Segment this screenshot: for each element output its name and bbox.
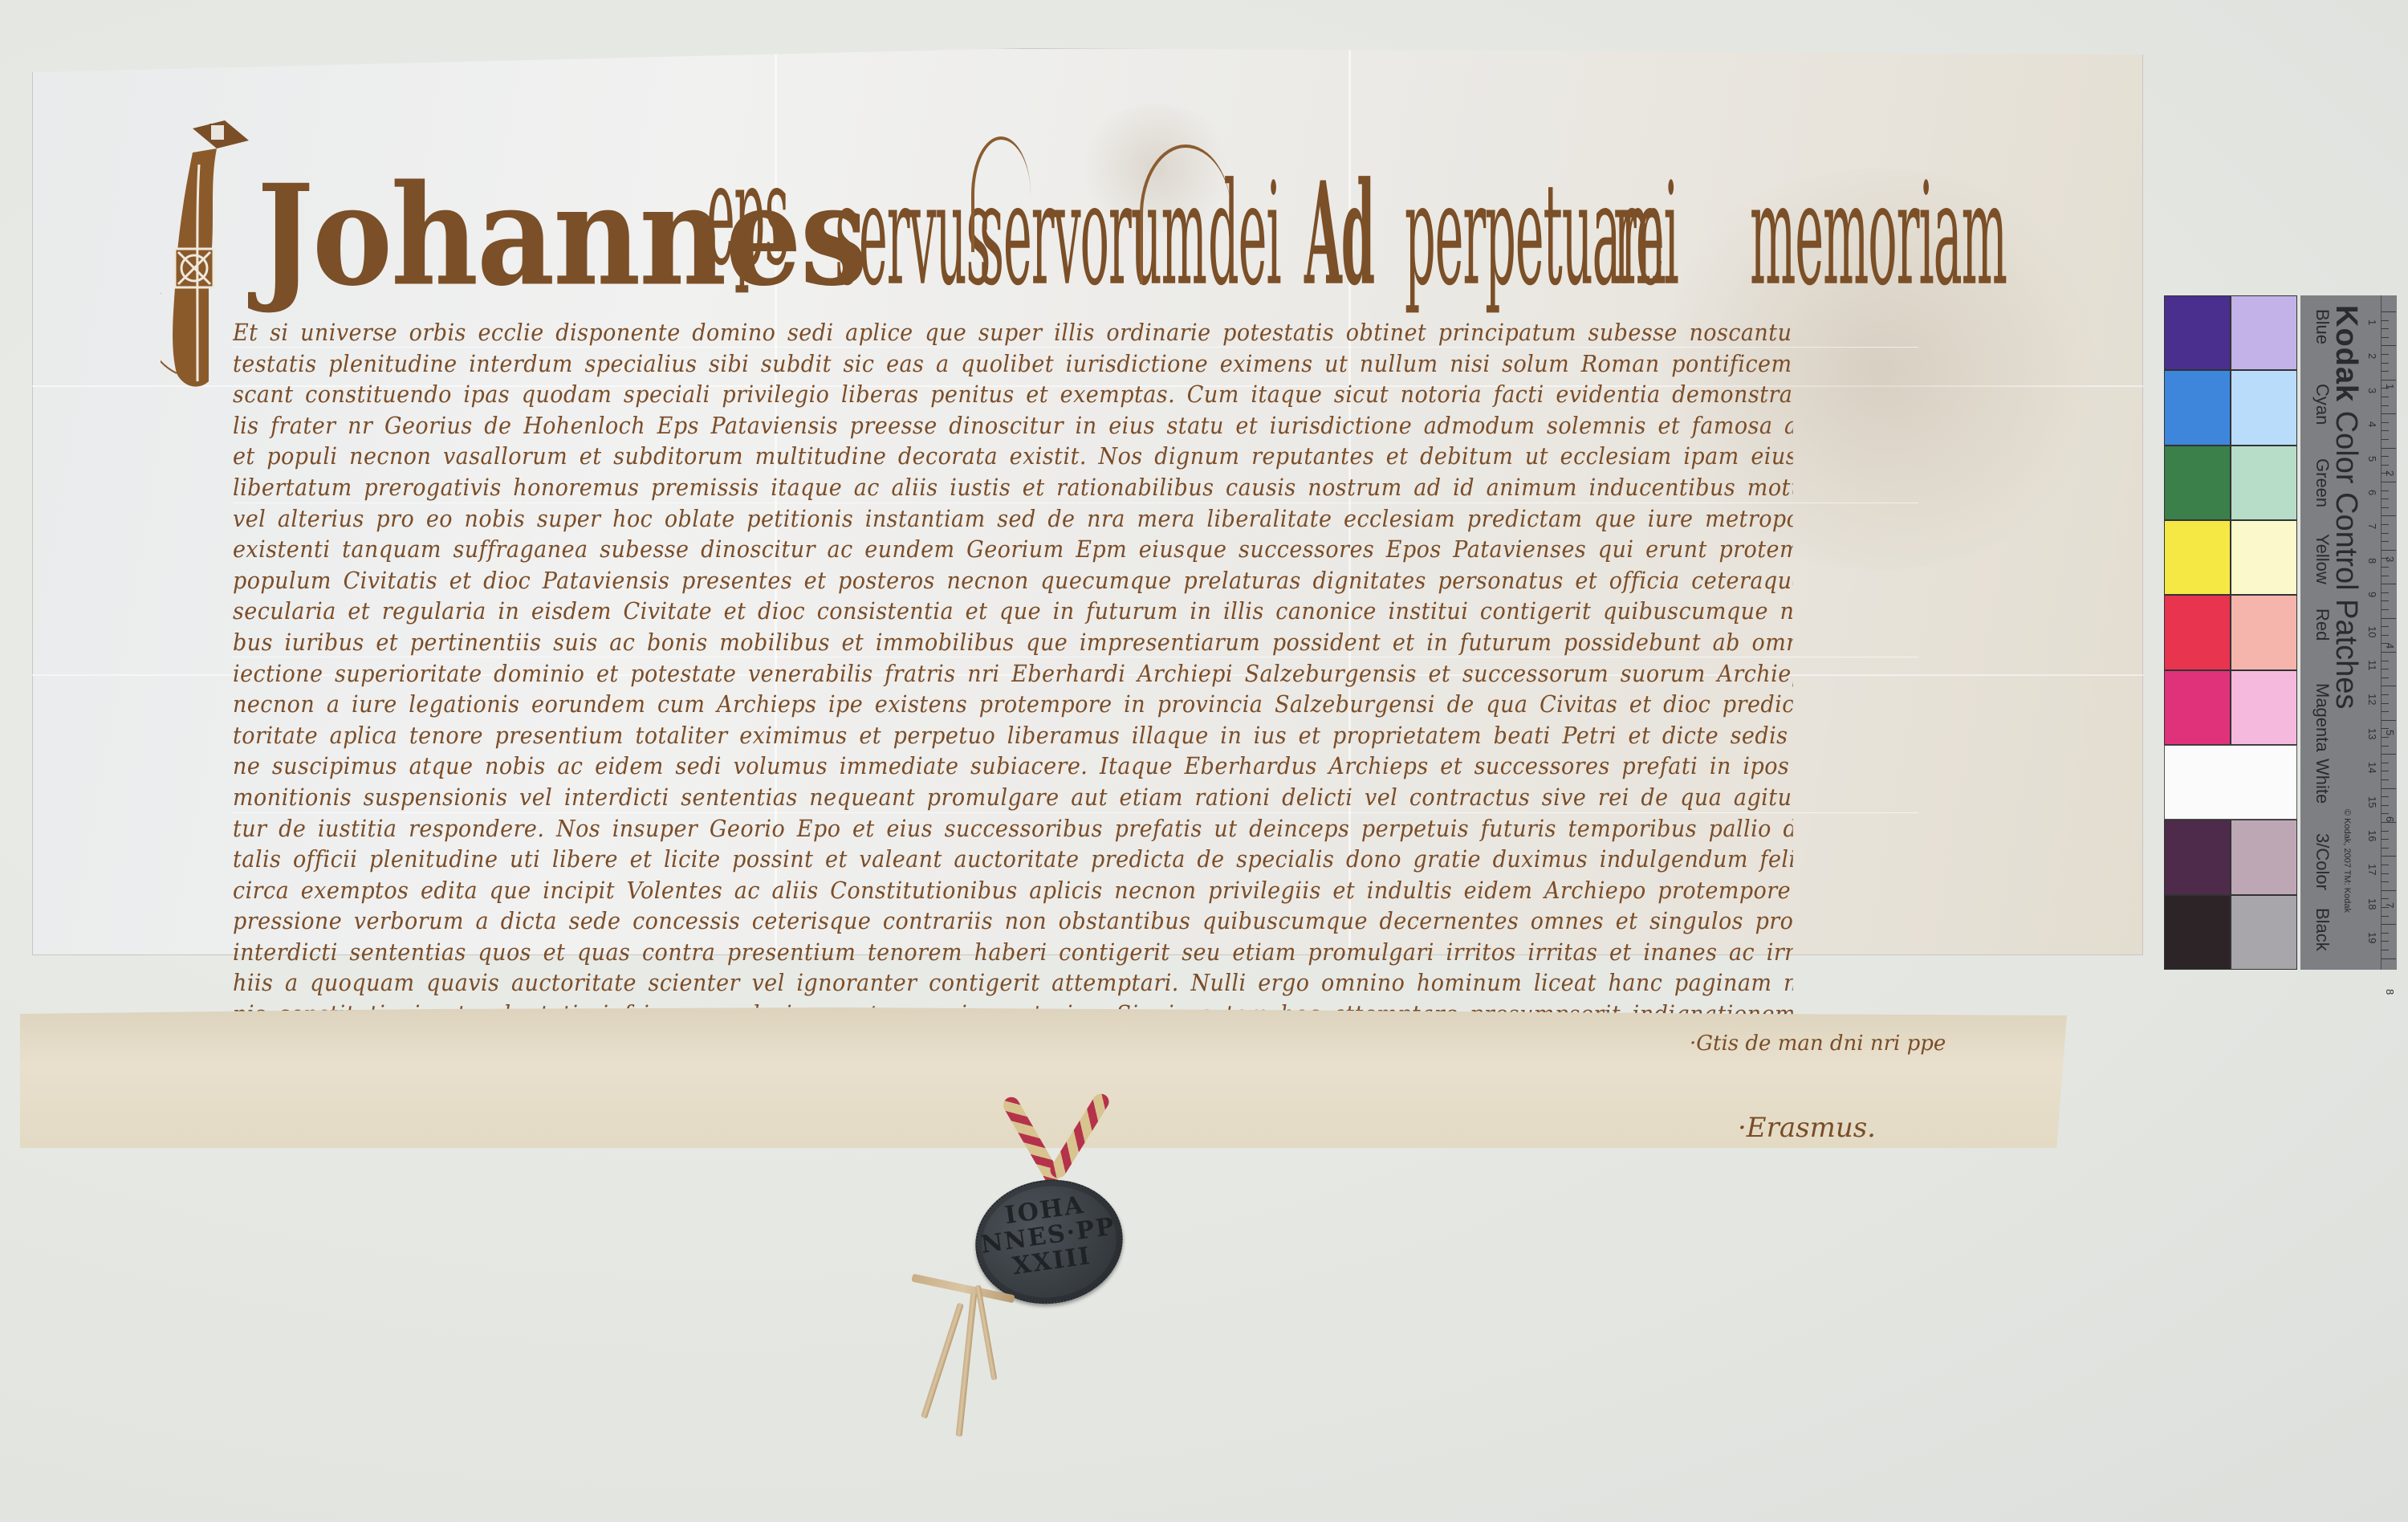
text-line: Et si universe orbis ecclie disponente d… xyxy=(233,317,1793,348)
color-patch-blue-dark xyxy=(2164,295,2231,370)
ruler-tick xyxy=(2382,533,2389,534)
ruler-tick xyxy=(2382,337,2389,338)
ruler-tick xyxy=(2382,422,2389,423)
patch-label: Magenta xyxy=(2312,683,2333,752)
color-patch-3-color-dark xyxy=(2164,820,2231,894)
ruler-tick xyxy=(2382,465,2389,466)
patch-label: Red xyxy=(2312,608,2333,641)
kodak-title: Kodak Color Control Patches xyxy=(2329,305,2363,709)
kodak-color-control-patches: Kodak Color Control Patches © Kodak, 200… xyxy=(2164,295,2397,970)
ruler-tick xyxy=(2382,592,2389,593)
heading-word-ad: Ad xyxy=(1304,164,1374,305)
ruler-tick xyxy=(2382,609,2389,610)
ruler-tick xyxy=(2382,873,2389,874)
ruler-tick xyxy=(2382,737,2389,738)
ruler-cm-label: 12 xyxy=(2366,694,2378,705)
ruler-inch-label: 1 xyxy=(2384,384,2396,389)
ruler-tick xyxy=(2382,865,2389,865)
color-patch-blue-light xyxy=(2231,295,2297,370)
ruler-cm-label: 14 xyxy=(2366,762,2378,773)
ruler-tick xyxy=(2382,848,2389,848)
ruler-inch-label: 3 xyxy=(2384,556,2396,562)
patch-label: 3/Color xyxy=(2312,833,2333,890)
text-line: existenti tanquam suffraganea subesse di… xyxy=(233,534,1793,565)
text-line: ne suscipimus atque nobis ac eidem sedi … xyxy=(233,751,1793,782)
ruler-tick xyxy=(2382,320,2389,321)
ruler-tick xyxy=(2382,397,2389,397)
ruler-tick xyxy=(2382,678,2389,678)
ascender-flourish xyxy=(971,136,1031,252)
text-line: necnon a iure legationis eorundem cum Ar… xyxy=(233,689,1793,720)
ruler-tick xyxy=(2382,703,2389,704)
ruler-tick xyxy=(2382,788,2396,789)
ruler-tick xyxy=(2382,600,2389,601)
ruler-inch-label: 5 xyxy=(2384,730,2396,735)
text-line: populum Civitatis et dioc Pataviensis pr… xyxy=(233,565,1793,596)
seal-inscription: IOHA NNES·PP XXIII xyxy=(971,1188,1125,1284)
color-patch-magenta-light xyxy=(2231,670,2297,745)
ruler-tick xyxy=(2382,746,2389,747)
ruler-tick xyxy=(2382,524,2389,525)
ruler-cm-label: 18 xyxy=(2366,898,2378,910)
color-patch-yellow-dark xyxy=(2164,520,2231,595)
ruler-tick xyxy=(2382,686,2396,686)
ruler-tick xyxy=(2382,933,2389,934)
ruler-tick xyxy=(2382,541,2389,542)
ruler-tick xyxy=(2382,345,2396,346)
ruler-tick xyxy=(2382,482,2396,482)
ruler-tick xyxy=(2382,881,2389,882)
heading-word-eps: eps xyxy=(706,144,788,285)
ruler-tick xyxy=(2382,958,2396,959)
text-line: et populi necnon vasallorum et subditoru… xyxy=(233,441,1793,472)
patch-label: Black xyxy=(2312,908,2333,951)
ruler-tick xyxy=(2382,567,2389,568)
chancery-note: ·Gtis de man dni nri ppe xyxy=(1690,1032,1946,1056)
ruler-tick xyxy=(2382,456,2389,457)
ruler-inch-label: 8 xyxy=(2384,989,2396,995)
color-patch-3-color-light xyxy=(2231,820,2297,894)
ruler-tick xyxy=(2382,694,2389,695)
ruler-tick xyxy=(2382,371,2389,372)
ruler-tick xyxy=(2382,831,2389,832)
ruler-tick xyxy=(2382,584,2396,584)
ruler-tick xyxy=(2382,754,2396,755)
ruler-tick xyxy=(2382,626,2389,627)
ruler-tick xyxy=(2382,890,2396,891)
ruler-tick xyxy=(2382,430,2389,431)
text-line: tur de iustitia respondere. Nos insuper … xyxy=(233,813,1793,844)
patch-label: Green xyxy=(2312,458,2333,507)
ruler-tick xyxy=(2382,661,2389,661)
ascender-flourish xyxy=(1140,144,1231,284)
ruler-tick xyxy=(2382,550,2396,551)
ruler-cm-label: 3 xyxy=(2366,388,2378,393)
ruler-tick xyxy=(2382,413,2396,414)
color-patch-black-light xyxy=(2231,895,2297,970)
color-patch-cyan-dark xyxy=(2164,370,2231,445)
ruler-tick xyxy=(2382,763,2389,763)
ruler-cm-label: 8 xyxy=(2366,558,2378,564)
color-patch-white xyxy=(2164,745,2297,820)
ruler-tick xyxy=(2382,448,2396,449)
ruler-tick xyxy=(2382,576,2389,576)
color-patch-black-dark xyxy=(2164,895,2231,970)
ruler-tick xyxy=(2382,499,2389,499)
ruler-cm-label: 15 xyxy=(2366,796,2378,808)
text-line: scant constituendo ipas quodam speciali … xyxy=(233,379,1793,410)
ruler-tick xyxy=(2382,439,2389,440)
ruler-cm-label: 5 xyxy=(2366,456,2378,462)
ruler-cm-label: 13 xyxy=(2366,728,2378,739)
ruler-tick xyxy=(2382,771,2389,771)
ruler-inch-label: 7 xyxy=(2384,902,2396,908)
color-patch-green-light xyxy=(2231,446,2297,520)
text-line: interdicti sententias quos et quas contr… xyxy=(233,937,1793,968)
ruler-inch-label: 4 xyxy=(2384,643,2396,649)
ruler-tick xyxy=(2382,635,2389,636)
patch-label: Blue xyxy=(2312,309,2333,344)
heading-word-memoriam: memoriam xyxy=(1750,164,2007,305)
ruler-tick xyxy=(2382,515,2396,516)
ruler-tick xyxy=(2382,779,2389,780)
text-line: monitionis suspensionis vel interdicti s… xyxy=(233,782,1793,813)
ruler-cm-label: 1 xyxy=(2366,319,2378,325)
ruler-tick xyxy=(2382,856,2396,857)
text-line: libertatum prerogativis honoremus premis… xyxy=(233,472,1793,503)
scribe-signature: ·Erasmus. xyxy=(1738,1112,1876,1144)
ruler-tick xyxy=(2382,490,2389,491)
ruler-tick xyxy=(2382,405,2389,406)
charter-heading: Johannes eps servus servorum dei Ad perp… xyxy=(257,120,2344,305)
color-patch-cyan-light xyxy=(2231,370,2297,445)
text-line: vel alterius pro eo nobis super hoc obla… xyxy=(233,503,1793,535)
text-line: pressione verborum a dicta sede concessi… xyxy=(233,905,1793,937)
ruler-tick xyxy=(2382,898,2389,899)
patch-label: Cyan xyxy=(2312,384,2333,425)
color-patch-yellow-light xyxy=(2231,520,2297,595)
ruler-cm-label: 11 xyxy=(2366,660,2378,671)
patch-label: White xyxy=(2312,759,2333,804)
ruler-cm-label: 7 xyxy=(2366,523,2378,529)
ruler-tick xyxy=(2382,839,2389,840)
text-line: bus iuribus et pertinentiis suis ac boni… xyxy=(233,627,1793,658)
heading-word-servus: servus xyxy=(835,164,990,305)
ruler-tick xyxy=(2382,924,2396,925)
text-line: lis frater nr Georius de Hohenloch Eps P… xyxy=(233,410,1793,442)
ruler-tick xyxy=(2382,507,2389,508)
ruler-tick xyxy=(2382,652,2396,653)
ruler-tick xyxy=(2382,805,2389,806)
text-line: testatis plenitudine interdum specialius… xyxy=(233,348,1793,380)
ruler-inch-label: 6 xyxy=(2384,816,2396,822)
ruler-cm-label: 10 xyxy=(2366,626,2378,637)
text-line: talis officii plenitudine uti libere et … xyxy=(233,844,1793,875)
kodak-gray-strip: Kodak Color Control Patches © Kodak, 200… xyxy=(2300,295,2397,970)
ruler-tick xyxy=(2382,950,2389,950)
ruler-cm-label: 17 xyxy=(2366,864,2378,875)
ruler-tick xyxy=(2382,363,2389,364)
ruler-tick xyxy=(2382,720,2396,721)
ruler-cm-label: 9 xyxy=(2366,592,2378,597)
ruler: 1234567891011121314151617181912345678 xyxy=(2381,295,2398,970)
ruler-tick xyxy=(2382,328,2389,329)
kodak-copyright: © Kodak, 2007 TM: Kodak xyxy=(2342,809,2352,913)
color-patch-red-light xyxy=(2231,595,2297,669)
ruler-tick xyxy=(2382,380,2396,380)
ruler-tick xyxy=(2382,311,2396,312)
color-patch-green-dark xyxy=(2164,446,2231,520)
ruler-cm-label: 2 xyxy=(2366,353,2378,359)
ruler-tick xyxy=(2382,941,2389,942)
text-line: toritate aplica tenore presentium totali… xyxy=(233,720,1793,751)
ruler-cm-label: 19 xyxy=(2366,932,2378,943)
ruler-inch-label: 2 xyxy=(2384,470,2396,476)
color-patch-magenta-dark xyxy=(2164,670,2231,745)
ruler-cm-label: 6 xyxy=(2366,490,2378,495)
ruler-tick xyxy=(2382,711,2389,712)
color-patch-red-dark xyxy=(2164,595,2231,669)
ruler-cm-label: 4 xyxy=(2366,421,2378,427)
patch-label: Yellow xyxy=(2312,534,2333,584)
ruler-tick xyxy=(2382,796,2389,797)
text-line: hiis a quoquam quavis auctoritate scient… xyxy=(233,967,1793,999)
text-line: iectione superioritate dominio et potest… xyxy=(233,658,1793,690)
ruler-tick xyxy=(2382,916,2389,917)
heading-word-rei: rei xyxy=(1613,164,1678,305)
ruler-tick xyxy=(2382,354,2389,355)
ruler-tick xyxy=(2382,669,2389,669)
ruler-tick xyxy=(2382,618,2396,619)
charter-body-text: Et si universe orbis ecclie disponente d… xyxy=(233,317,1910,1060)
text-line: secularia et regularia in eisdem Civitat… xyxy=(233,596,1793,627)
ruler-tick xyxy=(2382,813,2389,814)
ruler-cm-label: 16 xyxy=(2366,830,2378,841)
text-line: circa exemptos edita que incipit Volente… xyxy=(233,875,1793,906)
